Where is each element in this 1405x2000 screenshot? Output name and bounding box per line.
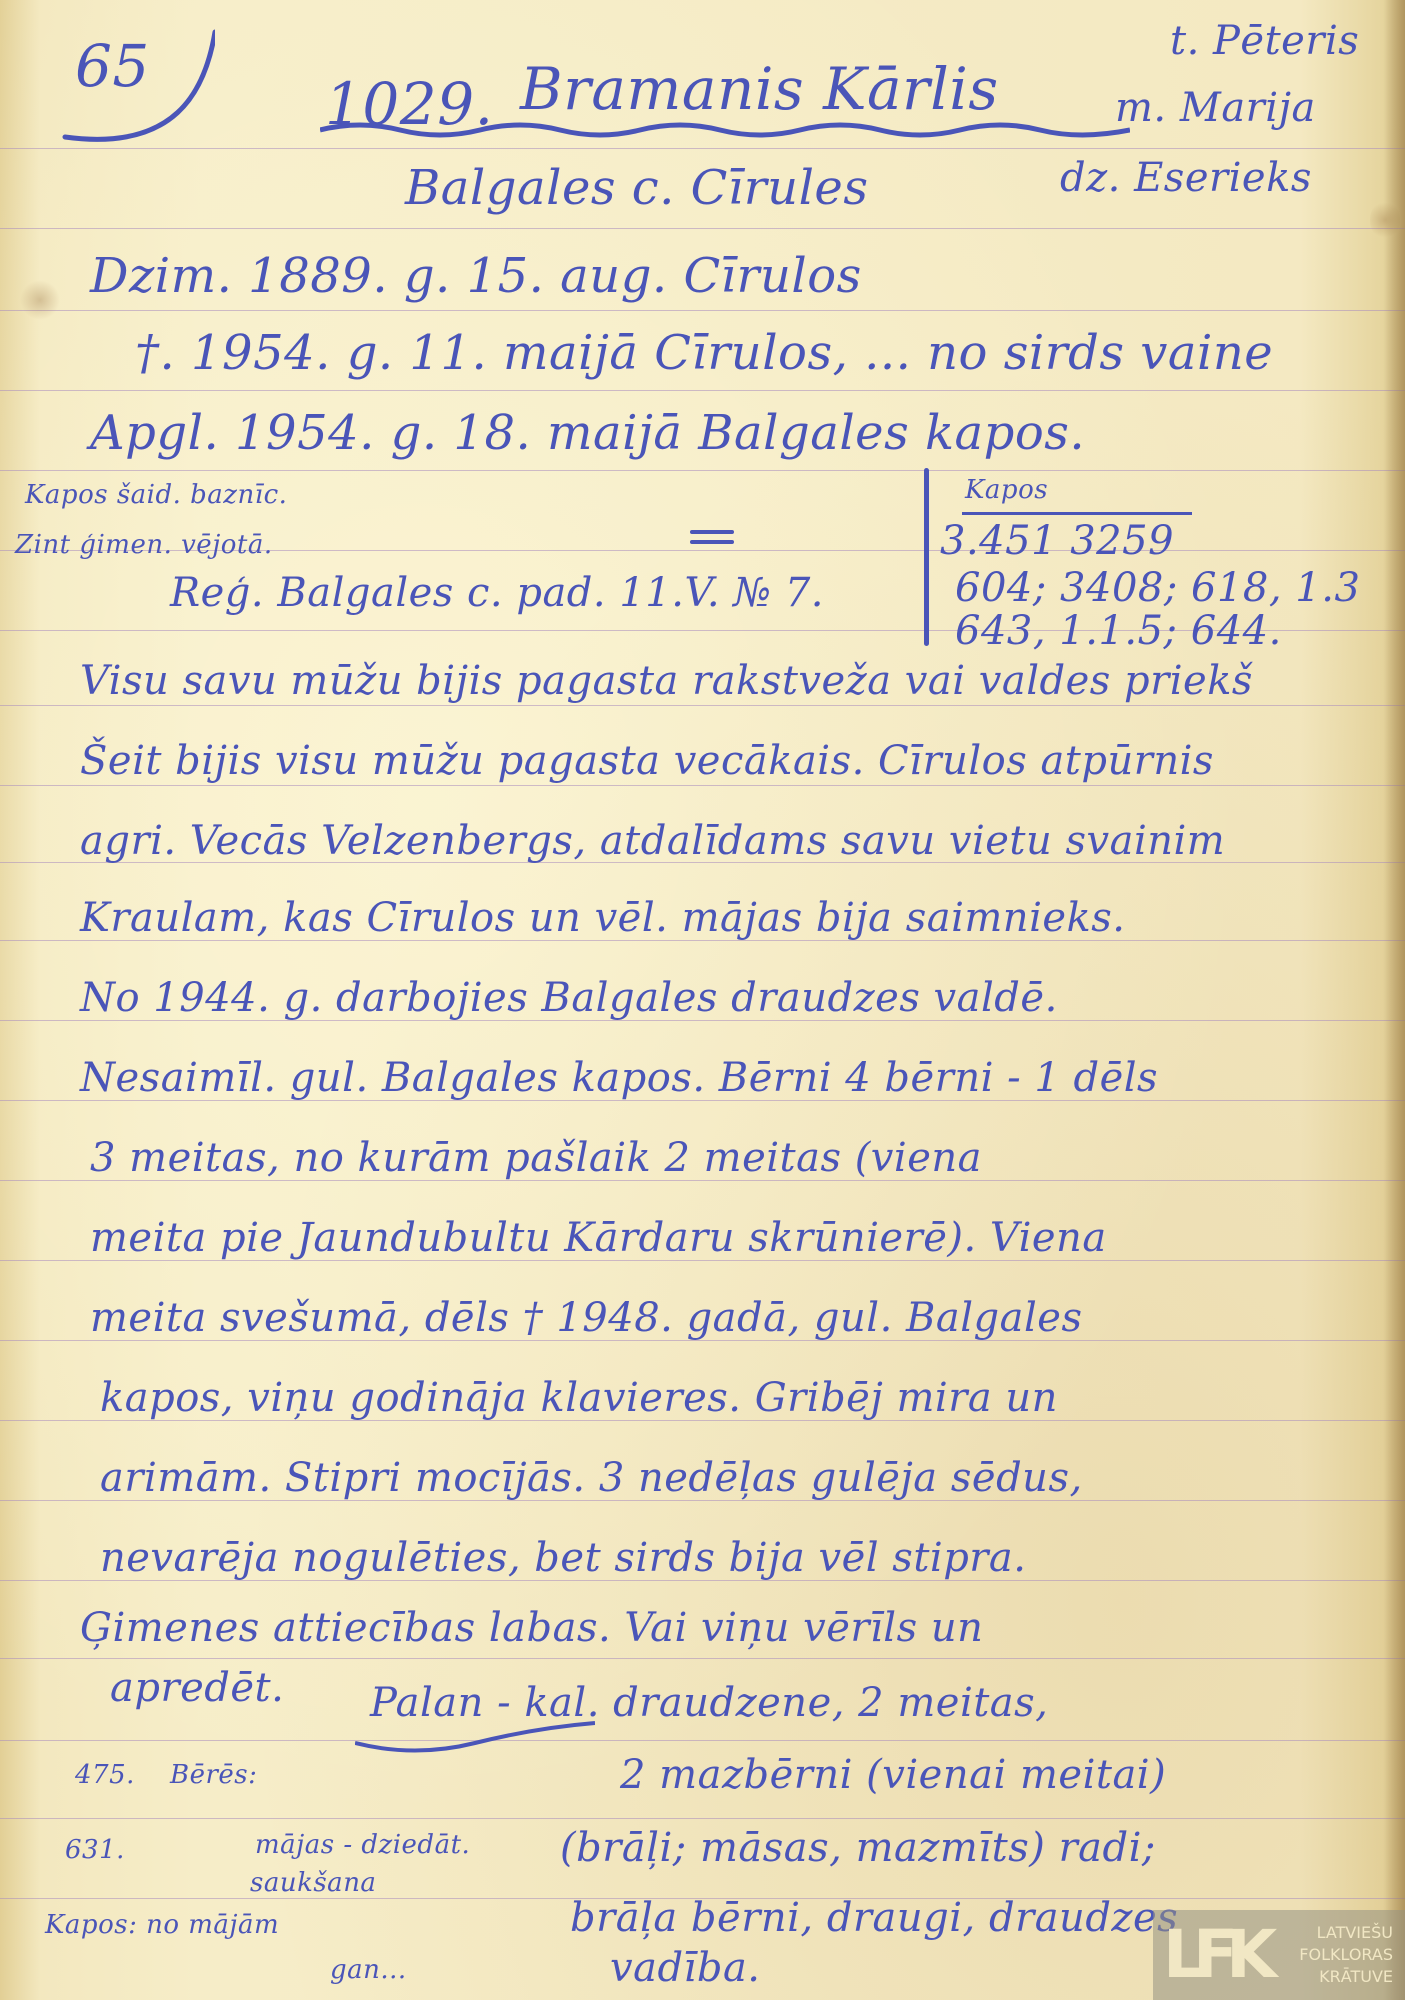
margin-sub-label: mājas - dziedāt. <box>255 1830 470 1860</box>
grave-label: Kapos: no mājām <box>45 1910 279 1940</box>
family-line: brāļa bērni, draugi, draudzes <box>570 1895 1178 1941</box>
deceased-name: Bramanis Kārlis <box>520 55 999 123</box>
mother-name: m. Marija <box>1115 85 1316 131</box>
page-number-mark: 65 <box>55 12 205 152</box>
page-edge-shadow <box>1383 0 1405 2000</box>
margin-sub-label: saukšana <box>250 1868 376 1898</box>
archive-name-line: LATVIEŠU <box>1275 1922 1393 1944</box>
body-line: meita pie Jaundubultu Kārdaru skrūnierē)… <box>90 1215 1107 1261</box>
family-line: vadība. <box>610 1945 761 1991</box>
mother-maiden-name: dz. Eserieks <box>1060 155 1312 201</box>
table-bracket <box>924 468 929 646</box>
body-line: nevarēja nogulēties, bet sirds bija vēl … <box>100 1535 1027 1581</box>
name-underline <box>320 118 1130 142</box>
side-table-rule <box>962 512 1192 515</box>
archive-name: LATVIEŠU FOLKLORAS KRĀTUVE <box>1275 1922 1393 1988</box>
body-line: Visu savu mūžu bijis pagasta rakstveža v… <box>80 658 1253 704</box>
body-line: agri. Vecās Velzenbergs, atdalīdams savu… <box>80 818 1225 864</box>
buried-line: Apgl. 1954. g. 18. maijā Balgales kapos. <box>90 405 1085 461</box>
side-table-row: 604; 3408; 618, 1.3 <box>955 565 1360 611</box>
ruled-line <box>0 228 1405 229</box>
born-line: Dzim. 1889. g. 15. aug. Cīrulos <box>90 248 862 304</box>
equals-sign <box>690 530 734 550</box>
margin-number: 475. <box>75 1760 135 1790</box>
died-line: †. 1954. g. 11. maijā Cīrulos, ... no si… <box>135 325 1273 381</box>
body-line: kapos, viņu godināja klavieres. Gribēj m… <box>100 1375 1058 1421</box>
ruled-line <box>0 1740 1405 1741</box>
father-name: t. Pēteris <box>1170 18 1359 64</box>
side-table-heading: Kapos <box>965 475 1048 505</box>
page-number: 65 <box>75 32 150 100</box>
place: Balgales c. Cīrules <box>405 160 868 216</box>
body-line: arimām. Stipri mocījās. 3 nedēļas gulēja… <box>100 1455 1083 1501</box>
lfk-logo-icon: LFK <box>1163 1918 1273 1992</box>
ruled-line <box>0 390 1405 391</box>
document-page: 65 1029. Bramanis Kārlis t. Pēteris m. M… <box>0 0 1405 2000</box>
side-table-row: 3.451 3259 <box>940 518 1174 564</box>
archive-logo: LFK LATVIEŠU FOLKLORAS KRĀTUVE <box>1153 1910 1405 2000</box>
attended-label: Bērēs: <box>170 1760 257 1790</box>
archive-name-line: KRĀTUVE <box>1275 1966 1393 1988</box>
grave-label: gan... <box>330 1955 407 1985</box>
ruled-line <box>0 310 1405 311</box>
ruled-line <box>0 1658 1405 1659</box>
family-line: 2 mazbērni (vienai meitai) <box>620 1752 1166 1798</box>
body-line: Ģimenes attiecības labas. Vai viņu vērīl… <box>80 1605 983 1651</box>
margin-number: 631. <box>65 1835 125 1865</box>
body-line: No 1944. g. darbojies Balgales draudzes … <box>80 975 1058 1021</box>
archive-name-line: FOLKLORAS <box>1275 1944 1393 1966</box>
body-line: 3 meitas, no kurām pašlaik 2 meitas (vie… <box>90 1135 982 1181</box>
registry-line: Reģ. Balgales c. pad. 11.V. № 7. <box>170 570 824 616</box>
body-line: Nesaimīl. gul. Balgales kapos. Bērni 4 b… <box>80 1055 1158 1101</box>
body-line: Šeit bijis visu mūžu pagasta vecākais. C… <box>80 738 1214 784</box>
body-line: Kraulam, kas Cīrulos un vēl. mājas bija … <box>80 895 1126 941</box>
grave-note: Zint ģimen. vējotā. <box>15 530 273 560</box>
ruled-line <box>0 1818 1405 1819</box>
family-line: (brāļi; māsas, mazmīts) radi; <box>560 1825 1156 1871</box>
ruled-line <box>0 705 1405 706</box>
body-line: apredēt. <box>110 1665 284 1711</box>
side-table-row: 643, 1.1.5; 644. <box>955 608 1282 654</box>
grave-note: Kapos šaid. baznīc. <box>25 480 287 510</box>
ruled-line <box>0 785 1405 786</box>
paper-stain <box>20 280 60 320</box>
ruled-line <box>0 470 1405 471</box>
body-line: meita svešumā, dēls † 1948. gadā, gul. B… <box>90 1295 1082 1341</box>
curve-underline <box>355 1718 595 1758</box>
